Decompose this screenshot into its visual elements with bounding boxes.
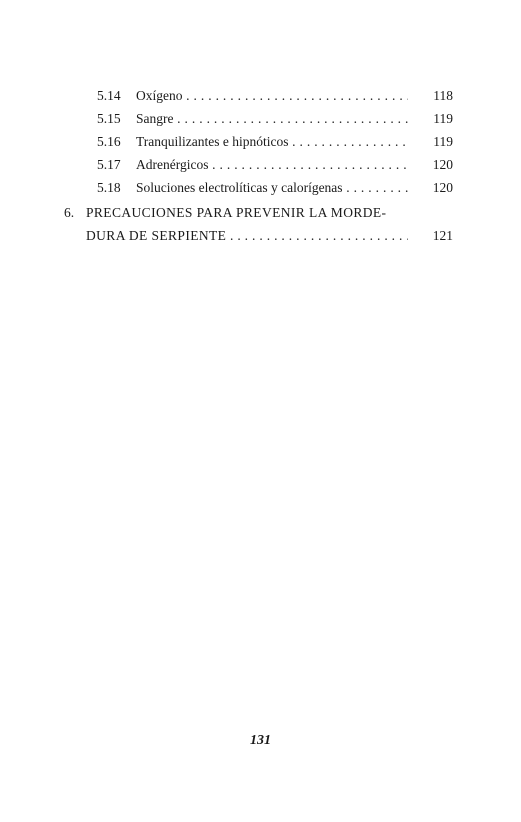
leader-dots bbox=[208, 157, 408, 172]
entry-page: 120 bbox=[423, 178, 453, 198]
entry-page: 121 bbox=[423, 226, 453, 246]
leader-dots bbox=[288, 134, 408, 149]
entry-number: 5.15 bbox=[97, 109, 121, 129]
entry-number: 5.14 bbox=[97, 86, 121, 106]
entry-title: Sangre bbox=[136, 109, 408, 129]
page-number: 131 bbox=[0, 733, 521, 749]
leader-dots bbox=[226, 228, 408, 243]
entry-title: Tranquilizantes e hipnóticos bbox=[136, 132, 408, 152]
entry-number: 6. bbox=[64, 203, 74, 223]
entry-number: 5.16 bbox=[97, 132, 121, 152]
entry-title: Oxígeno bbox=[136, 86, 408, 106]
entry-page: 120 bbox=[423, 155, 453, 175]
entry-number: 5.17 bbox=[97, 155, 121, 175]
entry-title: Adrenérgicos bbox=[136, 155, 408, 175]
leader-dots bbox=[174, 111, 409, 126]
entry-title-line2: DURA DE SERPIENTE bbox=[86, 226, 408, 246]
leader-dots bbox=[343, 180, 408, 195]
entry-page: 118 bbox=[423, 86, 453, 106]
leader-dots bbox=[183, 88, 409, 103]
entry-title-line1: PRECAUCIONES PARA PREVENIR LA MORDE- bbox=[86, 203, 408, 223]
entry-page: 119 bbox=[423, 132, 453, 152]
entry-page: 119 bbox=[423, 109, 453, 129]
entry-number: 5.18 bbox=[97, 178, 121, 198]
entry-title: Soluciones electrolíticas y calorígenas bbox=[136, 178, 408, 198]
